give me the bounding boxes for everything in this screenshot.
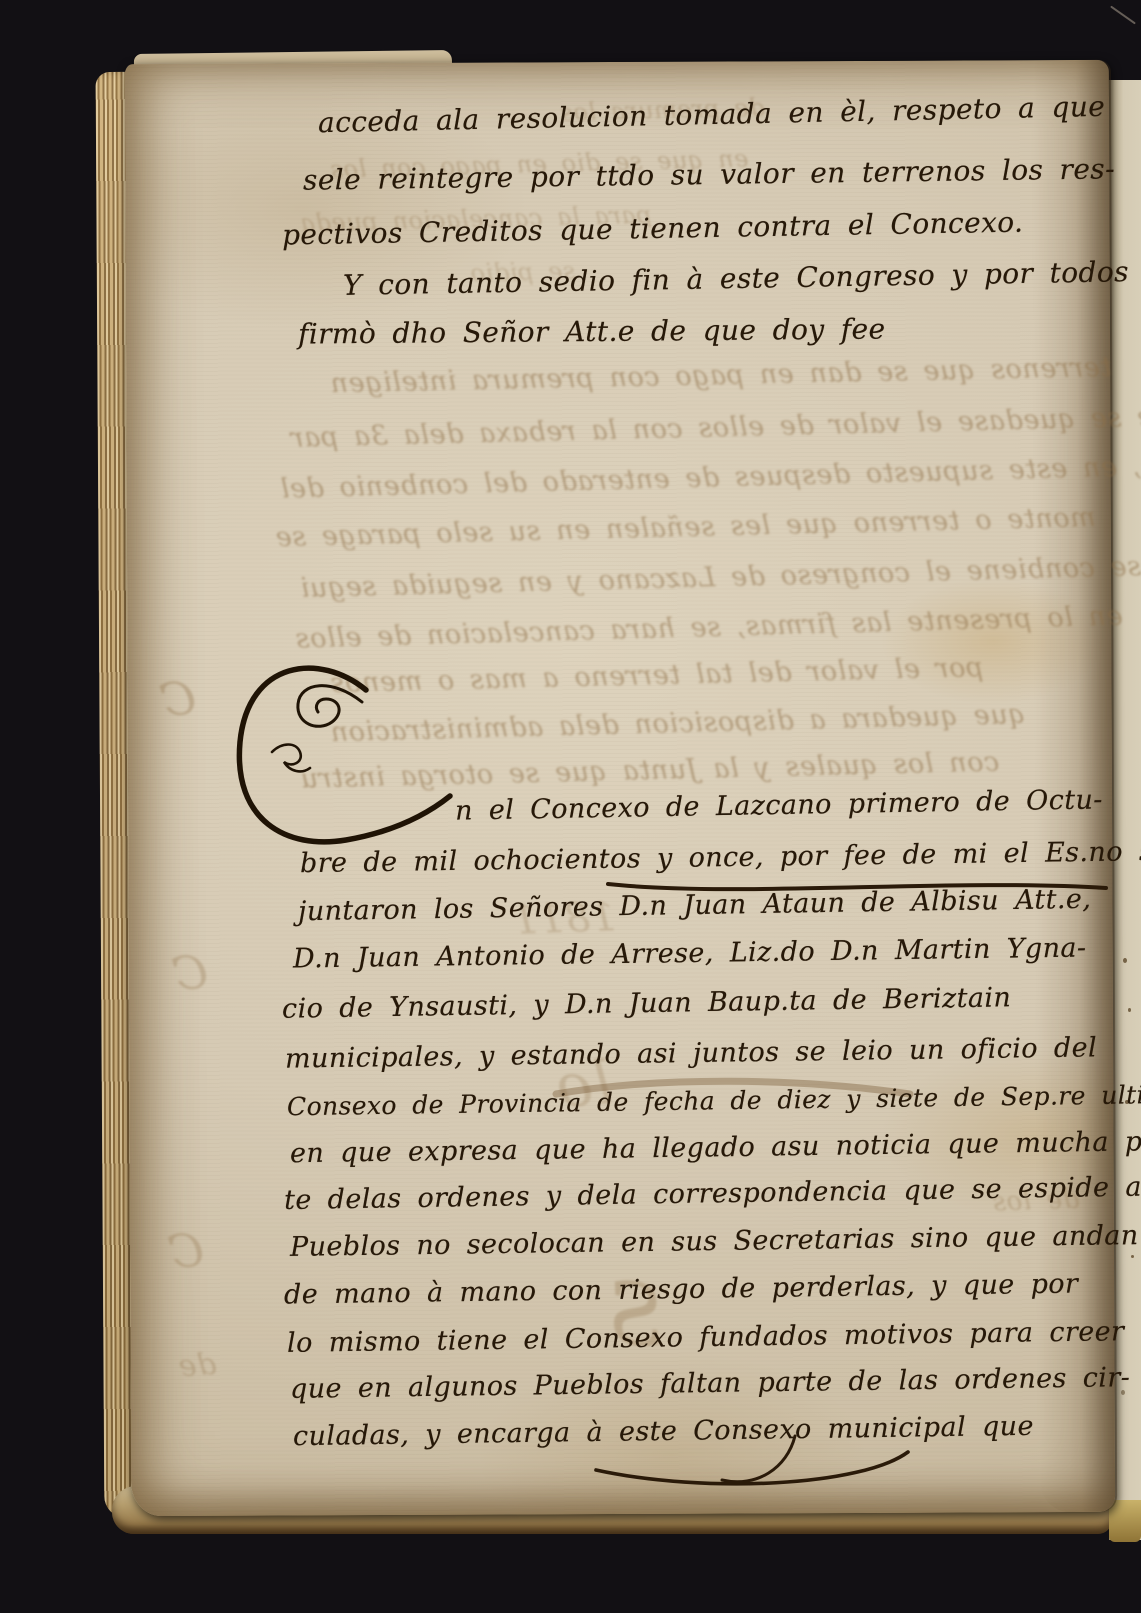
manuscript-page — [125, 60, 1115, 1516]
foxing-speck — [1131, 1255, 1134, 1258]
facing-leaf-bottom-edge — [1109, 1500, 1141, 1542]
backdrop-scratch — [1110, 6, 1136, 25]
foxing-speck — [1123, 958, 1127, 963]
foxing-speck — [1121, 1390, 1125, 1395]
manuscript-scan: terrenos que se dan en pago con premura … — [0, 0, 1141, 1613]
foxing-speck — [1128, 1008, 1131, 1012]
foxing-speck — [1125, 1100, 1129, 1104]
